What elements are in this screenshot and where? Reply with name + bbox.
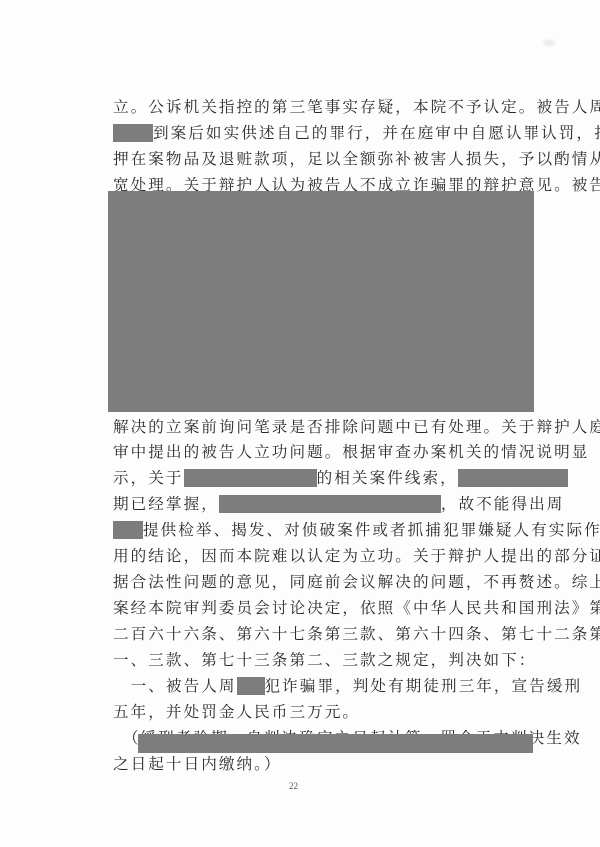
text-line: 之日起十日内缴纳。） [113,752,535,776]
text-line: 二百六十六条、第六十七条第三款、第六十四条、第七十二条第 [113,622,535,646]
text-segment: 的相关案件线索， [317,469,458,487]
text-segment: 用的结论，因而本院难以认定为立功。关于辩护人提出的部分证 [113,547,600,565]
text-segment: 到案后如实供述自己的罪行，并在庭审中自愿认罪认罚，扣 [153,124,600,142]
text-line: 一、三款、第七十三条第二、三款之规定，判决如下： [113,648,535,672]
text-segment: 期已经掌握， [113,495,219,513]
text-segment: 二百六十六条、第六十七条第三款、第六十四条、第七十二条第 [113,625,600,643]
text-line: 解决的立案前询问笔录是否排除问题中已有处理。关于辩护人庭 [113,415,535,439]
redaction-mark [113,521,143,539]
text-segment: 犯诈骗罪，判处有期徒刑三年，宣告缓刑 [265,677,583,695]
text-segment: 案经本院审判委员会讨论决定，依照《中华人民共和国刑法》第 [113,599,600,617]
text-line: 案经本院审判委员会讨论决定，依照《中华人民共和国刑法》第 [113,596,535,620]
text-line: 押在案物品及退赃款项，足以全额弥补被害人损失，予以酌情从 [113,147,535,171]
text-line: 审中提出的被告人立功问题。根据审查办案机关的情况说明显 [113,440,535,464]
text-line: 据合法性问题的意见，同庭前会议解决的问题，不再赘述。综上， [113,570,535,594]
redaction-mark [113,124,153,142]
text-segment: 之日起十日内缴纳。） [113,755,282,773]
text-line: 期已经掌握，，故不能得出周 [113,492,535,516]
text-line: 示，关于的相关案件线索， [113,466,535,490]
text-line: 到案后如实供述自己的罪行，并在庭审中自愿认罪认罚，扣 [113,121,535,145]
document-page: 立。公诉机关指控的第三笔事实存疑，本院不予认定。被告人周到案后如实供述自己的罪行… [0,0,600,847]
scan-smudge [540,38,558,48]
redaction-mark [458,469,568,487]
text-segment: 一、被告人周 [113,677,237,695]
page-number: 22 [289,781,298,791]
redaction-block-large-notch-cover [142,191,534,213]
text-segment: ，故不能得出周 [441,495,565,513]
text-line: 用的结论，因而本院难以认定为立功。关于辩护人提出的部分证 [113,544,535,568]
redaction-block-large [108,191,534,412]
text-line: 提供检举、揭发、对侦破案件或者抓捕犯罪嫌疑人有实际作 [113,518,535,542]
text-line: 一、被告人周犯诈骗罪，判处有期徒刑三年，宣告缓刑 [113,674,535,698]
text-segment: 示，关于 [113,469,184,487]
text-segment: 押在案物品及退赃款项，足以全额弥补被害人损失，予以酌情从 [113,150,600,168]
redaction-mark [237,677,265,695]
text-line: 五年，并处罚金人民币三万元。 [113,700,535,724]
redaction-mark [184,469,317,487]
text-segment: 解决的立案前询问笔录是否排除问题中已有处理。关于辩护人庭 [113,418,600,436]
text-segment: 据合法性问题的意见，同庭前会议解决的问题，不再赘述。综上， [113,573,600,591]
text-segment: 五年，并处罚金人民币三万元。 [113,703,360,721]
text-segment: 立。公诉机关指控的第三笔事实存疑，本院不予认定。被告人周 [113,98,600,116]
redaction-mark [219,495,441,513]
text-segment: 提供检举、揭发、对侦破案件或者抓捕犯罪嫌疑人有实际作 [143,521,600,539]
redaction-bar-bottom [138,734,533,753]
text-line: 立。公诉机关指控的第三笔事实存疑，本院不予认定。被告人周 [113,95,535,119]
text-segment: 审中提出的被告人立功问题。根据审查办案机关的情况说明显 [113,443,589,461]
text-segment: 一、三款、第七十三条第二、三款之规定，判决如下： [113,651,536,669]
